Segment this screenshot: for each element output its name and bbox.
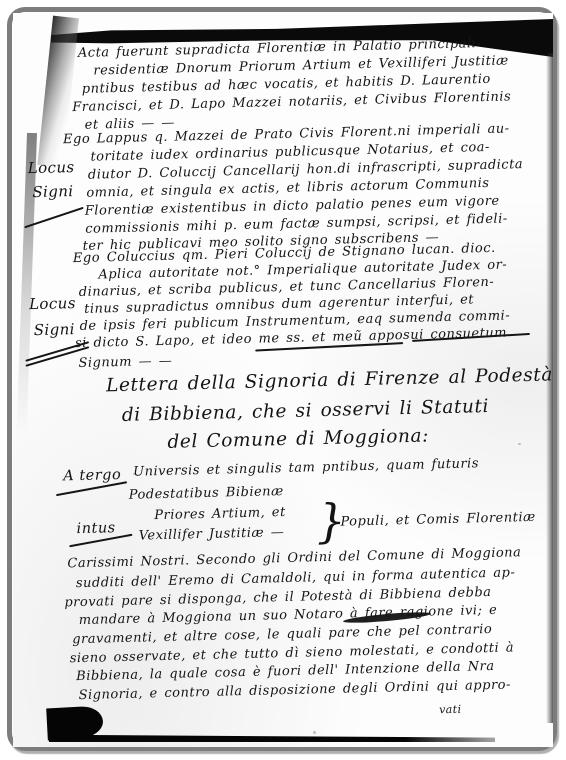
margin-note-line: Signi xyxy=(32,182,75,201)
catchword: vati xyxy=(439,703,462,717)
manuscript-line: Signum — — xyxy=(78,354,172,371)
address-line: Vexillifer Justitiæ — xyxy=(139,525,285,544)
address-line: Priores Artium, et xyxy=(154,505,286,523)
address-line: Universis et singulis tam pntibus, quam … xyxy=(133,456,479,479)
intus-label: intus xyxy=(76,520,115,537)
heading-line: di Bibbiena, che si osservi li Statuti xyxy=(122,396,490,426)
margin-note-line: Signi xyxy=(33,320,76,339)
margin-note-line: Locus xyxy=(29,294,76,313)
manuscript-text-layer: Acta fuerunt supradicta Florentiæ in Pal… xyxy=(13,13,553,747)
margin-note-line: Locus xyxy=(28,158,75,177)
margin-note-locus-signi: Locus Signi xyxy=(29,294,77,339)
margin-note-locus-signi: Locus Signi xyxy=(28,158,76,201)
flourish-stroke xyxy=(24,207,83,228)
address-line: Populi, et Comis Florentiæ xyxy=(340,510,536,530)
scanned-page: Acta fuerunt supradicta Florentiæ in Pal… xyxy=(13,13,553,747)
heading-line: Lettera della Signoria di Firenze al Pod… xyxy=(106,364,553,396)
scanned-document-view: Acta fuerunt supradicta Florentiæ in Pal… xyxy=(0,0,566,760)
a-tergo-label: A tergo xyxy=(63,467,121,484)
address-line: Podestatibus Bibienæ xyxy=(129,484,284,503)
heading-line: del Comune di Moggiona: xyxy=(167,425,429,452)
